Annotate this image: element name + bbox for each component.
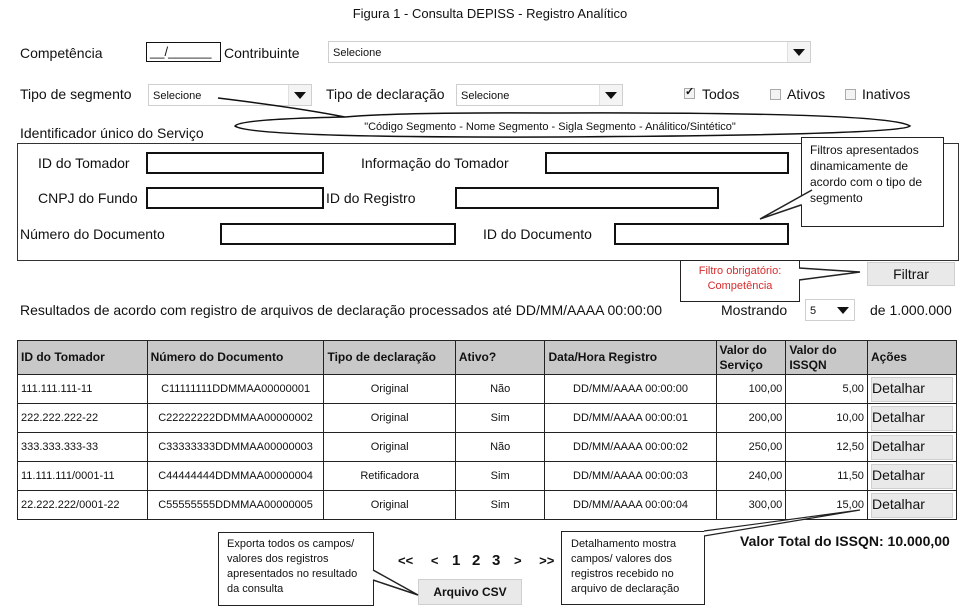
competencia-label: Competência — [20, 45, 103, 61]
page-size-select[interactable]: 5 — [805, 299, 855, 321]
id-documento-input[interactable] — [614, 223, 789, 245]
detalhar-button[interactable]: Detalhar — [871, 435, 953, 460]
cell-ativo: Não — [455, 375, 545, 404]
numero-documento-label: Número do Documento — [20, 226, 165, 242]
cell-tipo-declaracao: Original — [324, 375, 455, 404]
page-title: Figura 1 - Consulta DEPISS - Registro An… — [0, 6, 980, 21]
table-row: 11.111.111/0001-11 C44444444DDMMAA000000… — [18, 462, 957, 491]
cnpj-fundo-input[interactable] — [146, 187, 324, 209]
page-size-value: 5 — [810, 305, 816, 317]
table-header-row: ID do Tomador Número do Documento Tipo d… — [18, 341, 957, 375]
column-header: Tipo de declaração — [324, 341, 455, 375]
pagination-prev[interactable]: < — [431, 553, 439, 568]
pagination-first[interactable]: << — [398, 553, 413, 568]
detail-callout: Detalhamento mostra campos/ valores dos … — [561, 531, 705, 605]
segment-format-note: "Código Segmento - Nome Segmento - Sigla… — [230, 121, 870, 133]
cell-valor-issqn: 12,50 — [786, 433, 868, 462]
info-tomador-label: Informação do Tomador — [361, 155, 509, 171]
cell-tipo-declaracao: Retificadora — [324, 462, 455, 491]
cell-valor-servico: 300,00 — [716, 491, 786, 520]
column-header: Número do Documento — [147, 341, 324, 375]
cell-numero-documento: C11111111DDMMAA00000001 — [147, 375, 324, 404]
cell-id-tomador: 333.333.333-33 — [18, 433, 148, 462]
mostrando-label: Mostrando — [721, 302, 787, 318]
cell-numero-documento: C44444444DDMMAA00000004 — [147, 462, 324, 491]
cell-valor-servico: 100,00 — [716, 375, 786, 404]
export-csv-button[interactable]: Arquivo CSV — [418, 579, 522, 605]
tipo-declaracao-label: Tipo de declaração — [326, 86, 445, 102]
total-issqn: Valor Total do ISSQN: 10.000,00 — [740, 533, 950, 549]
id-documento-label: ID do Documento — [483, 226, 592, 242]
cell-ativo: Sim — [455, 404, 545, 433]
cell-numero-documento: C33333333DDMMAA00000003 — [147, 433, 324, 462]
checkbox-unchecked-icon — [845, 89, 856, 100]
cell-valor-issqn: 10,00 — [786, 404, 868, 433]
chevron-down-icon — [832, 300, 854, 320]
detalhar-button[interactable]: Detalhar — [871, 406, 953, 431]
cnpj-fundo-label: CNPJ do Fundo — [38, 190, 138, 206]
cell-tipo-declaracao: Original — [324, 491, 455, 520]
cell-tipo-declaracao: Original — [324, 433, 455, 462]
identificador-label: Identificador único do Serviço — [20, 125, 204, 141]
tipo-segmento-select[interactable]: Selecione — [148, 84, 312, 106]
column-header: ID do Tomador — [18, 341, 148, 375]
results-table: ID do Tomador Número do Documento Tipo d… — [17, 340, 957, 520]
contribuinte-select[interactable]: Selecione — [328, 41, 811, 63]
cell-id-tomador: 22.222.222/0001-22 — [18, 491, 148, 520]
numero-documento-input[interactable] — [220, 223, 456, 245]
detalhar-button[interactable]: Detalhar — [871, 377, 953, 402]
checkbox-todos-label: Todos — [702, 86, 739, 102]
detalhar-button[interactable]: Detalhar — [871, 464, 953, 489]
checkbox-ativos-label: Ativos — [787, 86, 825, 102]
cell-valor-servico: 240,00 — [716, 462, 786, 491]
cell-id-tomador: 111.111.111-11 — [18, 375, 148, 404]
column-header: Ativo? — [455, 341, 545, 375]
mandatory-filter-callout: Filtro obrigatório: Competência — [680, 260, 800, 302]
cell-data-hora: DD/MM/AAAA 00:00:01 — [545, 404, 716, 433]
chevron-down-icon — [787, 42, 810, 62]
column-header: Data/Hora Registro — [545, 341, 716, 375]
tipo-declaracao-select[interactable]: Selecione — [456, 84, 623, 106]
checkbox-unchecked-icon — [770, 89, 781, 100]
contribuinte-label: Contribuinte — [224, 45, 300, 61]
cell-tipo-declaracao: Original — [324, 404, 455, 433]
column-header: Valor do ISSQN — [786, 341, 868, 375]
pagination-next[interactable]: > — [514, 553, 522, 568]
table-row: 222.222.222-22 C22222222DDMMAA00000002 O… — [18, 404, 957, 433]
table-row: 111.111.111-11 C11111111DDMMAA00000001 O… — [18, 375, 957, 404]
column-header: Ações — [867, 341, 956, 375]
cell-data-hora: DD/MM/AAAA 00:00:02 — [545, 433, 716, 462]
cell-ativo: Sim — [455, 491, 545, 520]
id-registro-input[interactable] — [455, 187, 719, 209]
pagination-page[interactable]: 3 — [492, 552, 500, 569]
checkbox-checked-icon: ✓ — [684, 88, 695, 99]
tipo-segmento-label: Tipo de segmento — [20, 86, 132, 102]
id-registro-label: ID do Registro — [326, 190, 415, 206]
export-callout: Exporta todos os campos/ valores dos reg… — [218, 532, 374, 606]
detalhar-button[interactable]: Detalhar — [871, 493, 953, 518]
pagination: << < 1 2 3 > >> — [398, 552, 554, 569]
filtrar-button[interactable]: Filtrar — [867, 262, 955, 286]
tipo-segmento-select-value: Selecione — [153, 90, 201, 102]
pagination-page[interactable]: 2 — [472, 552, 480, 569]
cell-data-hora: DD/MM/AAAA 00:00:03 — [545, 462, 716, 491]
cell-id-tomador: 222.222.222-22 — [18, 404, 148, 433]
cell-valor-issqn: 15,00 — [786, 491, 868, 520]
pagination-last[interactable]: >> — [539, 553, 554, 568]
results-caption: Resultados de acordo com registro de arq… — [20, 302, 662, 318]
cell-ativo: Não — [455, 433, 545, 462]
cell-data-hora: DD/MM/AAAA 00:00:00 — [545, 375, 716, 404]
pagination-page[interactable]: 1 — [452, 552, 460, 569]
tipo-declaracao-select-value: Selecione — [461, 90, 509, 102]
cell-numero-documento: C55555555DDMMAA00000005 — [147, 491, 324, 520]
contribuinte-select-value: Selecione — [333, 47, 381, 59]
info-tomador-input[interactable] — [545, 152, 789, 174]
cell-id-tomador: 11.111.111/0001-11 — [18, 462, 148, 491]
column-header: Valor do Serviço — [716, 341, 786, 375]
cell-numero-documento: C22222222DDMMAA00000002 — [147, 404, 324, 433]
cell-data-hora: DD/MM/AAAA 00:00:04 — [545, 491, 716, 520]
competencia-input[interactable]: __/______ — [146, 42, 221, 62]
table-row: 22.222.222/0001-22 C55555555DDMMAA000000… — [18, 491, 957, 520]
cell-ativo: Sim — [455, 462, 545, 491]
cell-valor-issqn: 11,50 — [786, 462, 868, 491]
table-row: 333.333.333-33 C33333333DDMMAA00000003 O… — [18, 433, 957, 462]
cell-valor-issqn: 5,00 — [786, 375, 868, 404]
id-tomador-input[interactable] — [146, 152, 324, 174]
chevron-down-icon — [599, 85, 622, 105]
chevron-down-icon — [288, 85, 311, 105]
checkbox-inativos-label: Inativos — [862, 86, 910, 102]
cell-valor-servico: 200,00 — [716, 404, 786, 433]
dynamic-filters-callout: Filtros apresentados dinamicamente de ac… — [801, 137, 944, 227]
id-tomador-label: ID do Tomador — [38, 155, 130, 171]
cell-valor-servico: 250,00 — [716, 433, 786, 462]
total-records: de 1.000.000 — [870, 302, 952, 318]
